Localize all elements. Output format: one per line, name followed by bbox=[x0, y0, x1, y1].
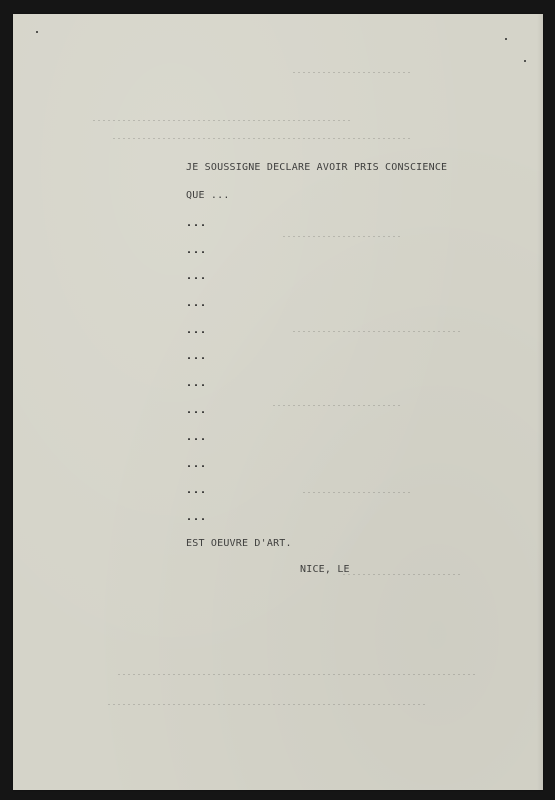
ellipsis-line: ... bbox=[186, 325, 207, 337]
paper-speck bbox=[524, 60, 526, 62]
ellipsis-line: ... bbox=[186, 378, 207, 390]
bleed-through bbox=[293, 331, 463, 332]
bleed-through bbox=[303, 492, 413, 493]
ellipsis-line: ... bbox=[186, 512, 207, 524]
bleed-through bbox=[113, 138, 413, 139]
bleed-through bbox=[343, 574, 463, 575]
paper-speck bbox=[505, 38, 507, 40]
ellipsis-line: ... bbox=[186, 245, 207, 257]
bleed-through bbox=[108, 704, 428, 705]
ellipsis-line: ... bbox=[186, 351, 207, 363]
bleed-through bbox=[293, 72, 413, 73]
ellipsis-line: ... bbox=[186, 459, 207, 471]
bleed-through bbox=[93, 120, 353, 121]
bleed-through bbox=[118, 674, 478, 675]
ellipsis-line: ... bbox=[186, 271, 207, 283]
signature-place-date: NICE, LE bbox=[300, 564, 350, 576]
document-page: JE SOUSSIGNE DECLARE AVOIR PRIS CONSCIEN… bbox=[13, 14, 543, 790]
bleed-through bbox=[273, 405, 403, 406]
document-heading: JE SOUSSIGNE DECLARE AVOIR PRIS CONSCIEN… bbox=[186, 162, 447, 174]
paper-speck bbox=[36, 31, 38, 33]
ellipsis-line: ... bbox=[186, 298, 207, 310]
document-conclusion: EST OEUVRE D'ART. bbox=[186, 538, 292, 550]
ellipsis-line: ... bbox=[186, 432, 207, 444]
ellipsis-line: ... bbox=[186, 405, 207, 417]
bleed-through bbox=[283, 236, 403, 237]
document-intro: QUE ... bbox=[186, 190, 230, 202]
ellipsis-line: ... bbox=[186, 218, 207, 230]
ellipsis-line: ... bbox=[186, 485, 207, 497]
